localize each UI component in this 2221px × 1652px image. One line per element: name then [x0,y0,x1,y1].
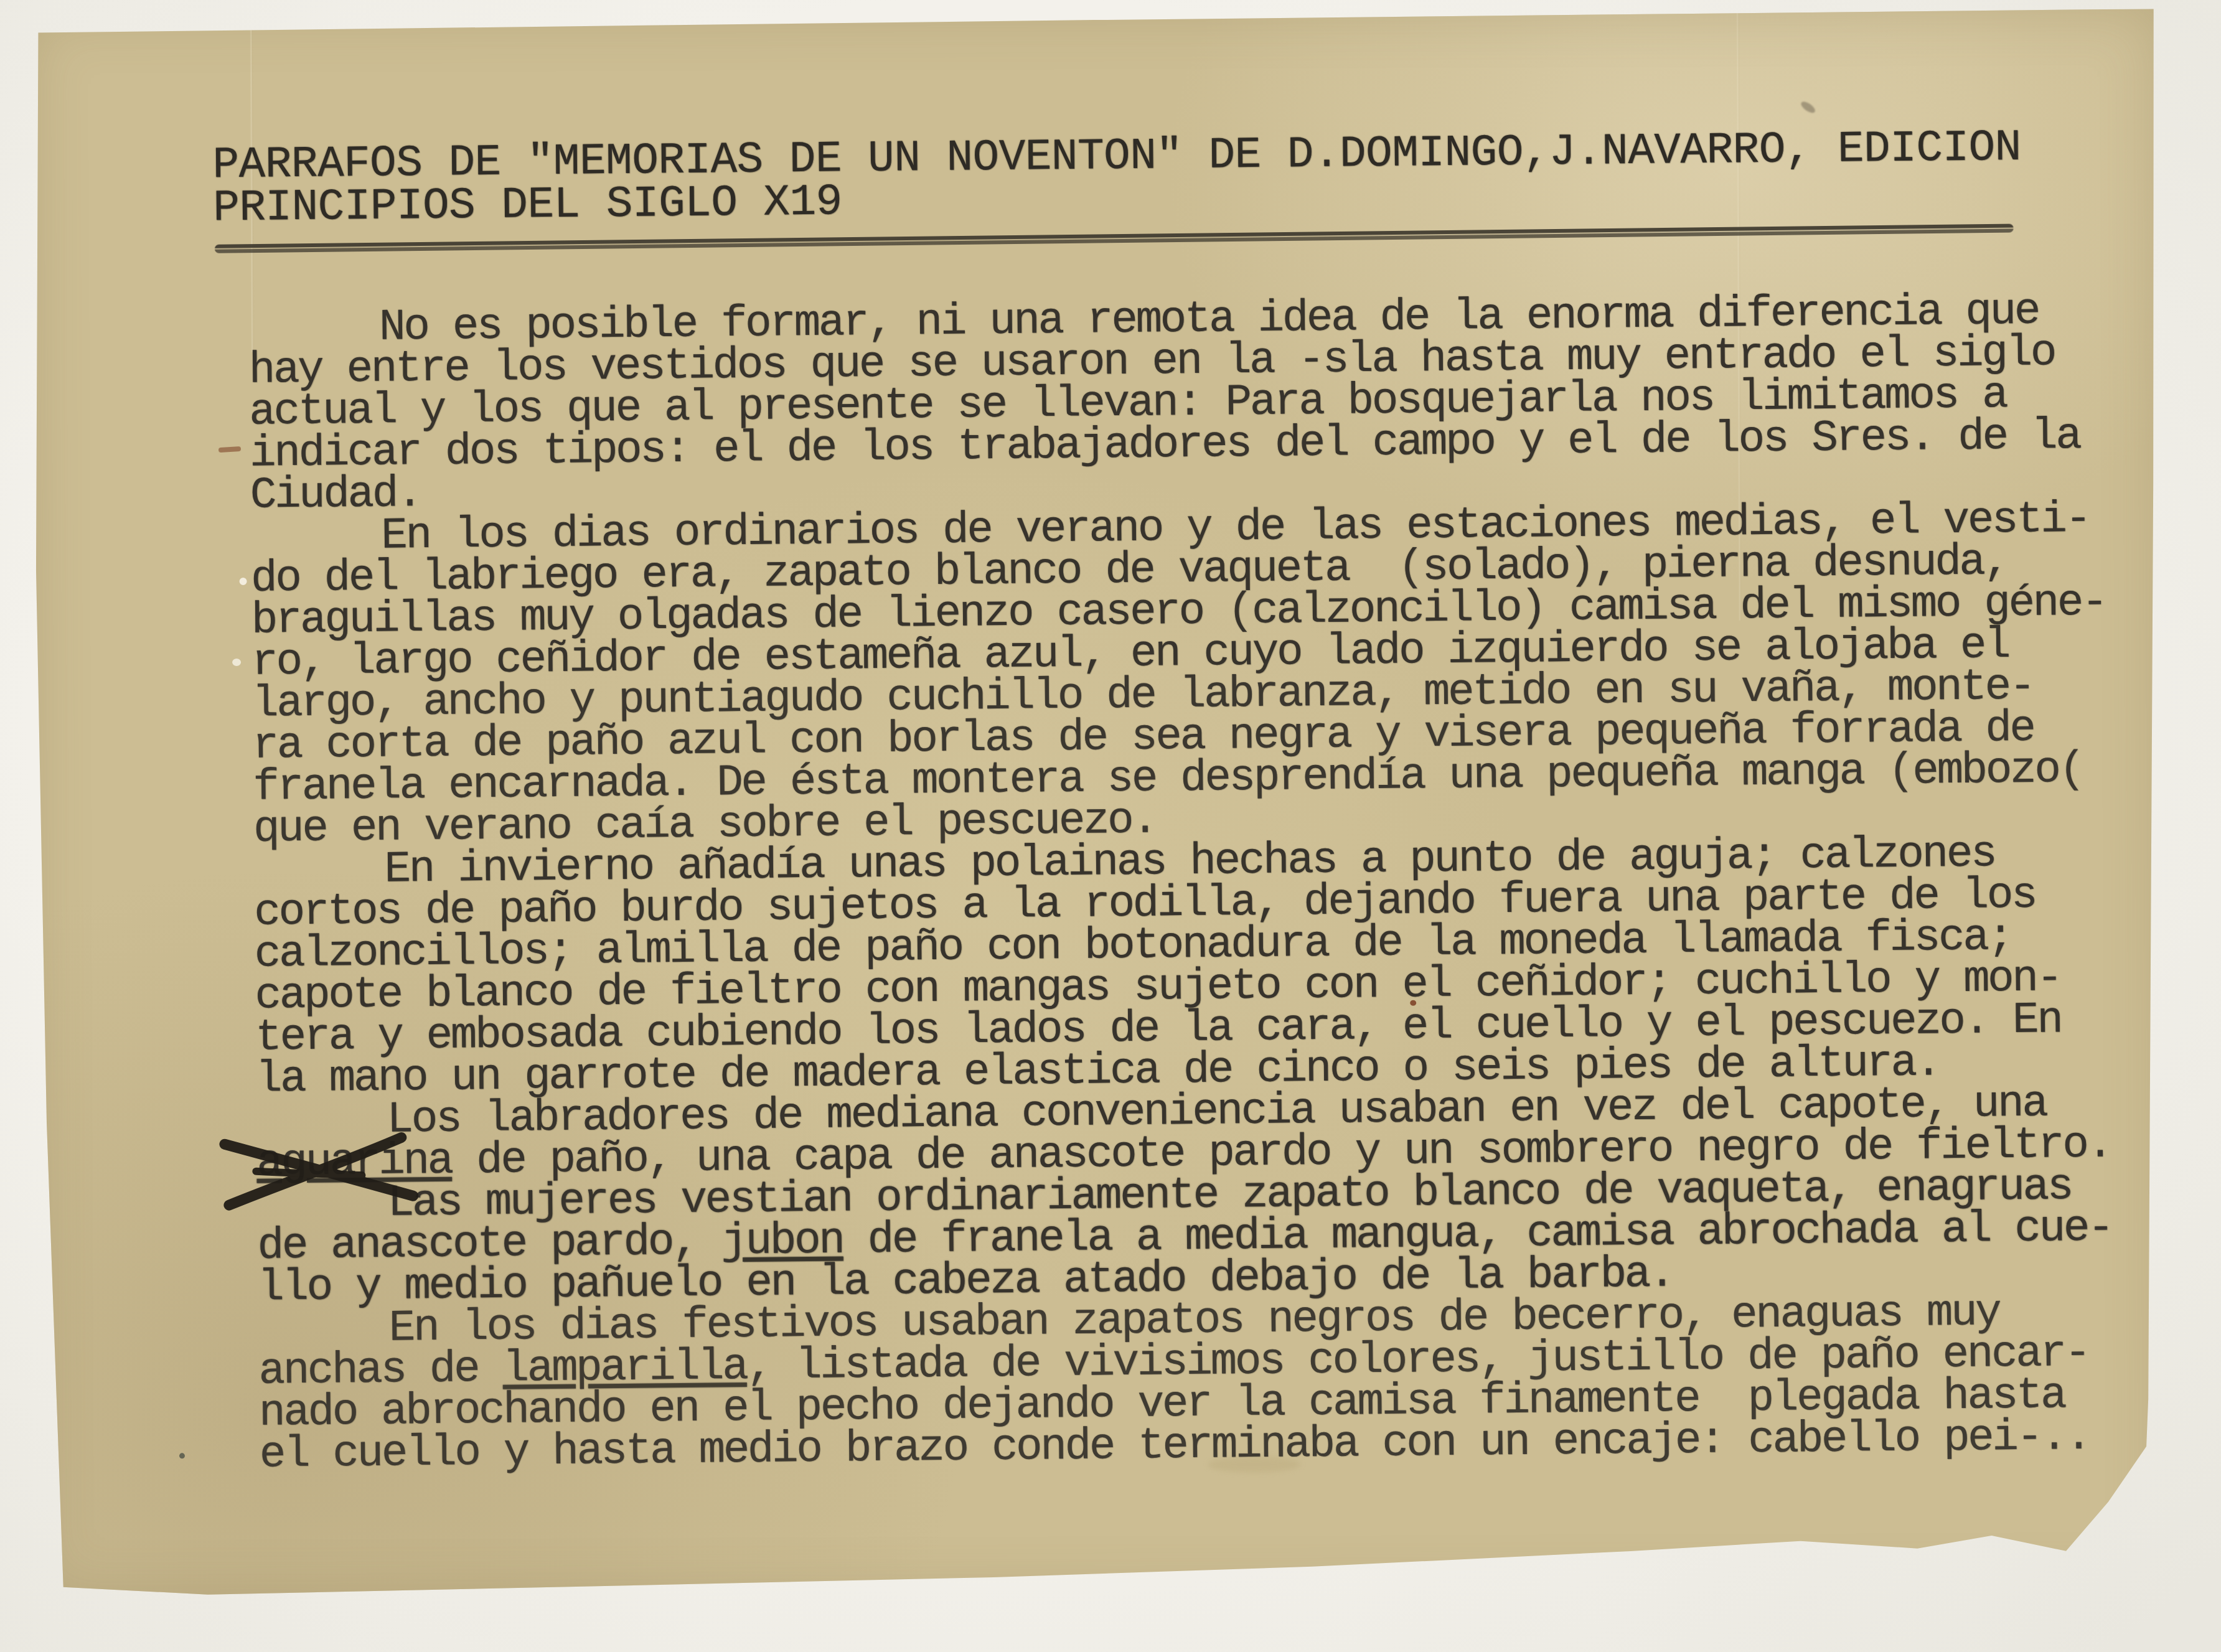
paragraph: En los dias festivos usaban zapatos negr… [258,1292,2115,1476]
paper-sheet: PARRAFOS DE "MEMORIAS DE UN NOVENTON" DE… [32,9,2162,1597]
paragraph: Las mujeres vestian ordinariamente zapat… [257,1166,2113,1310]
typed-text-block: PARRAFOS DE "MEMORIAS DE UN NOVENTON" DE… [31,0,2170,1598]
paragraph: En los dias ordinarios de verano y de la… [250,499,2108,851]
body-text: No es posible formar, ni una remota idea… [248,291,2115,1476]
paragraph: En invierno añadía unas polainas hechas … [253,833,2111,1101]
margin-dash-mark [218,446,241,453]
document-title: PARRAFOS DE "MEMORIAS DE UN NOVENTON" DE… [212,127,2022,230]
paragraph: No es posible formar, ni una remota idea… [248,291,2105,517]
handwritten-x-mark [215,1129,427,1218]
